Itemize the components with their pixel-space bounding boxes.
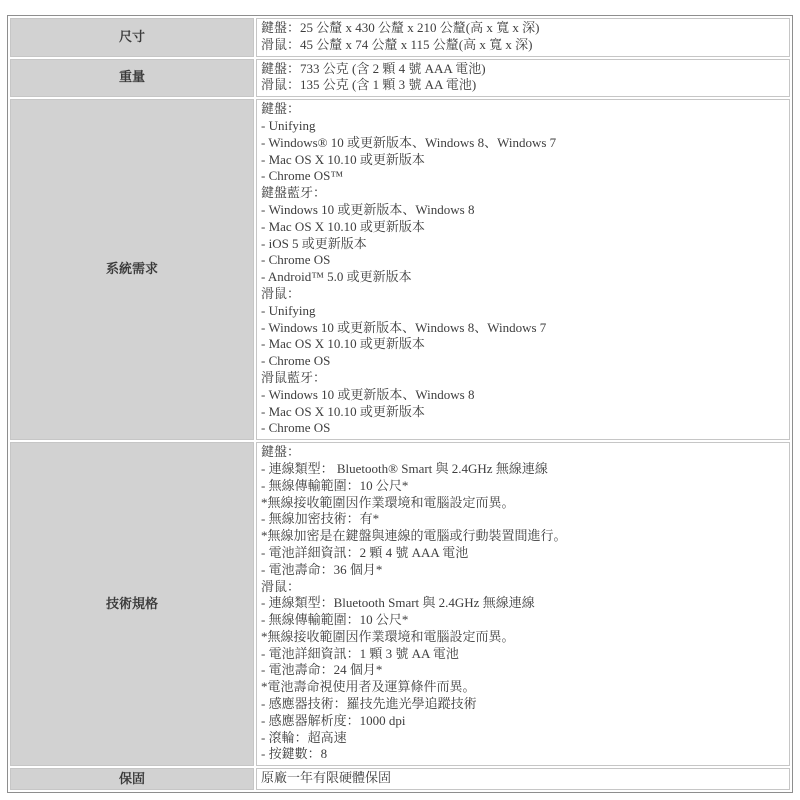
spec-value-weight: 鍵盤：733 公克 (含 2 顆 4 號 AAA 電池) 滑鼠：135 公克 (… xyxy=(256,59,790,98)
spec-label-weight: 重量 xyxy=(10,59,254,98)
spec-value-dimensions: 鍵盤：25 公釐 x 430 公釐 x 210 公釐(高 x 寬 x 深) 滑鼠… xyxy=(256,18,790,57)
spec-label-dimensions: 尺寸 xyxy=(10,18,254,57)
spec-value-warranty: 原廠一年有限硬體保固 xyxy=(256,768,790,790)
spec-value-system-requirements: 鍵盤： - Unifying - Windows® 10 或更新版本、Windo… xyxy=(256,99,790,440)
spec-label-system-requirements: 系統需求 xyxy=(10,99,254,440)
spec-label-warranty: 保固 xyxy=(10,768,254,790)
spec-row-dimensions: 尺寸 鍵盤：25 公釐 x 430 公釐 x 210 公釐(高 x 寬 x 深)… xyxy=(10,18,790,57)
spec-row-warranty: 保固 原廠一年有限硬體保固 xyxy=(10,768,790,790)
spec-row-weight: 重量 鍵盤：733 公克 (含 2 顆 4 號 AAA 電池) 滑鼠：135 公… xyxy=(10,59,790,98)
spec-row-system-requirements: 系統需求 鍵盤： - Unifying - Windows® 10 或更新版本、… xyxy=(10,99,790,440)
spec-value-technical-specs: 鍵盤： - 連線類型： Bluetooth® Smart 與 2.4GHz 無線… xyxy=(256,442,790,766)
spec-table-body: 尺寸 鍵盤：25 公釐 x 430 公釐 x 210 公釐(高 x 寬 x 深)… xyxy=(10,18,790,790)
spec-row-technical-specs: 技術規格 鍵盤： - 連線類型： Bluetooth® Smart 與 2.4G… xyxy=(10,442,790,766)
spec-label-technical-specs: 技術規格 xyxy=(10,442,254,766)
spec-table: 尺寸 鍵盤：25 公釐 x 430 公釐 x 210 公釐(高 x 寬 x 深)… xyxy=(7,15,793,793)
